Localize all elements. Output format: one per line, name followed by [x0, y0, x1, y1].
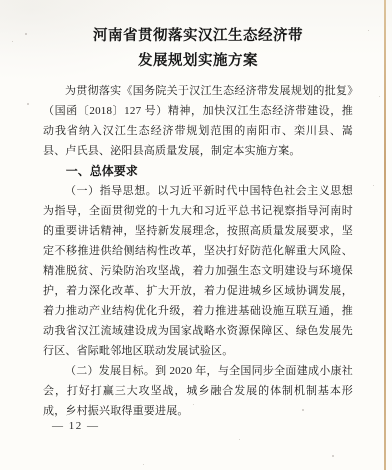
- scan-speckle: [332, 455, 334, 457]
- scan-speckle: [193, 404, 194, 405]
- paragraph-guiding-ideology: （一）指导思想。以习近平新时代中国特色社会主义思想为指导，全面贯彻党的十九大和习…: [43, 181, 353, 361]
- scan-speckle: [368, 30, 369, 31]
- scan-speckle: [25, 33, 27, 35]
- scanned-document-page: 河南省贯彻落实汉江生态经济带 发展规划实施方案 为贯彻落实《国务院关于汉江生态经…: [0, 0, 392, 470]
- page-number: — 12 —: [52, 419, 100, 433]
- scan-speckle: [12, 41, 13, 42]
- document-title: 河南省贯彻落实汉江生态经济带 发展规划实施方案: [43, 24, 353, 74]
- scan-speckle: [143, 464, 144, 465]
- document-content: 河南省贯彻落实汉江生态经济带 发展规划实施方案 为贯彻落实《国务院关于汉江生态经…: [43, 24, 353, 421]
- title-line-2: 发展规划实施方案: [43, 49, 353, 74]
- paragraph-development-goals: （二）发展目标。到 2020 年，与全国同步全面建成小康社会，打好打赢三大攻坚战…: [43, 361, 353, 421]
- section-heading-overall-requirements: 一、总体要求: [43, 161, 353, 181]
- scan-speckle: [239, 439, 240, 440]
- scan-speckle: [302, 409, 304, 411]
- title-line-1: 河南省贯彻落实汉江生态经济带: [43, 24, 353, 49]
- paragraph-preamble: 为贯彻落实《国务院关于汉江生态经济带发展规划的批复》（国函〔2018〕127 号…: [43, 81, 353, 161]
- scan-edge-line: [384, 0, 386, 470]
- scan-speckle: [27, 103, 29, 105]
- scan-speckle: [373, 185, 374, 186]
- scan-speckle: [379, 96, 380, 97]
